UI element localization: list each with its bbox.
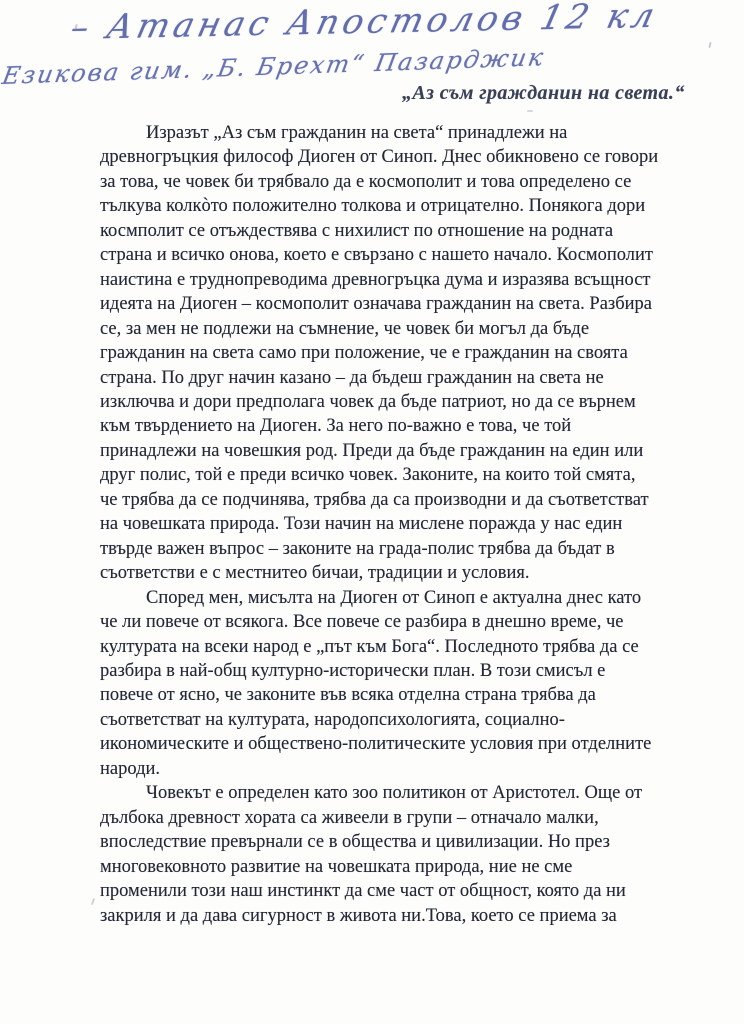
essay-body: Изразът „Аз съм гражданин на света“ прин… bbox=[100, 121, 700, 928]
scan-speck bbox=[91, 898, 95, 905]
scan-speck bbox=[527, 110, 533, 112]
essay-paragraph-1: Изразът „Аз съм гражданин на света“ прин… bbox=[100, 121, 700, 586]
scan-speck bbox=[708, 42, 711, 48]
essay-paragraph-2: Според мен, мисълта на Диоген от Синоп е… bbox=[100, 586, 700, 782]
handwritten-author-line: – Атанас Апостолов 12 кл bbox=[67, 0, 662, 48]
scanned-essay-page: – Атанас Апостолов 12 кл Езикова гим. „Б… bbox=[0, 0, 744, 1024]
essay-title: „Аз съм гражданин на света.“ bbox=[402, 82, 685, 105]
essay-paragraph-3: Човекът е определен като зоо политикон о… bbox=[100, 781, 700, 928]
